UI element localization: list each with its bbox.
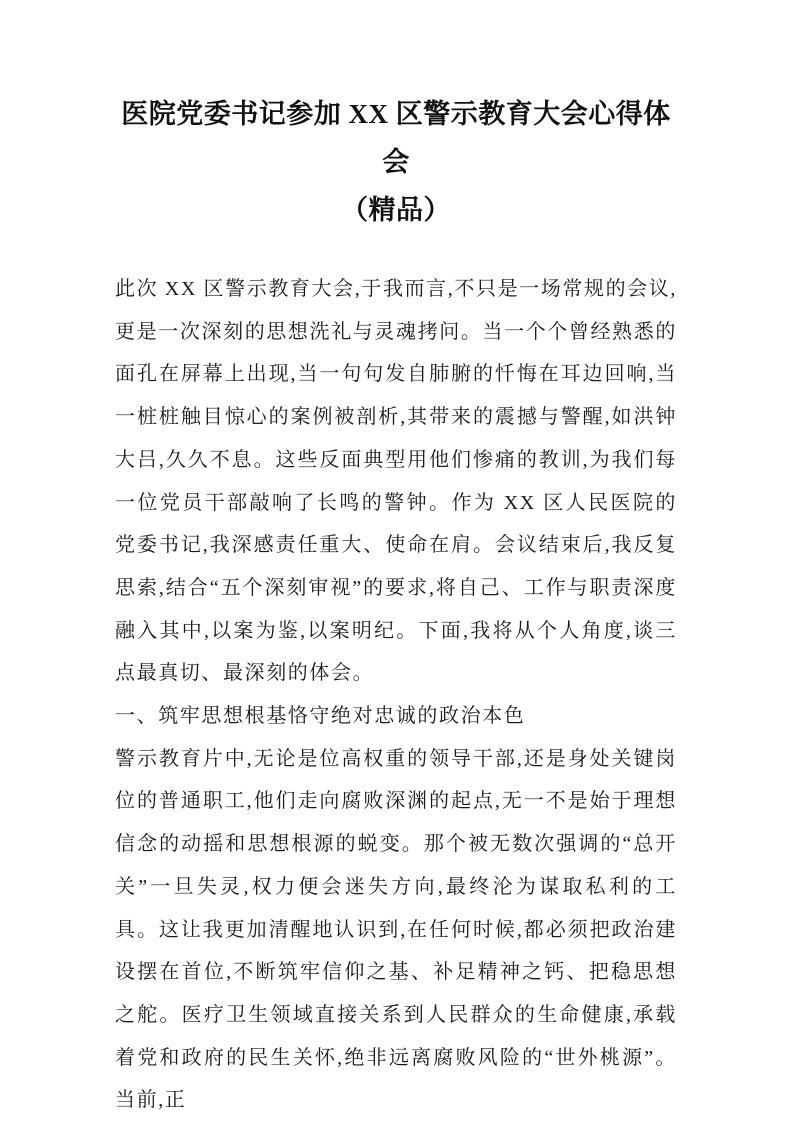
section-1-paragraph: 警示教育片中,无论是位高权重的领导干部,还是身处关键岗位的普通职工,他们走向腐败… [115,738,677,1122]
section-1-heading: 一、筑牢思想根基恪守绝对忠诚的政治本色 [115,695,677,738]
doc-title: 医院党委书记参加 XX 区警示教育大会心得体会 （精品） [115,90,677,234]
doc-title-line-2: （精品） [115,186,677,234]
document-page: 医院党委书记参加 XX 区警示教育大会心得体会 （精品） 此次 XX 区警示教育… [0,0,793,1122]
doc-title-line-1: 医院党委书记参加 XX 区警示教育大会心得体会 [115,90,677,186]
doc-body: 此次 XX 区警示教育大会,于我而言,不只是一场常规的会议,更是一次深刻的思想洗… [115,268,677,1122]
intro-paragraph: 此次 XX 区警示教育大会,于我而言,不只是一场常规的会议,更是一次深刻的思想洗… [115,268,677,695]
